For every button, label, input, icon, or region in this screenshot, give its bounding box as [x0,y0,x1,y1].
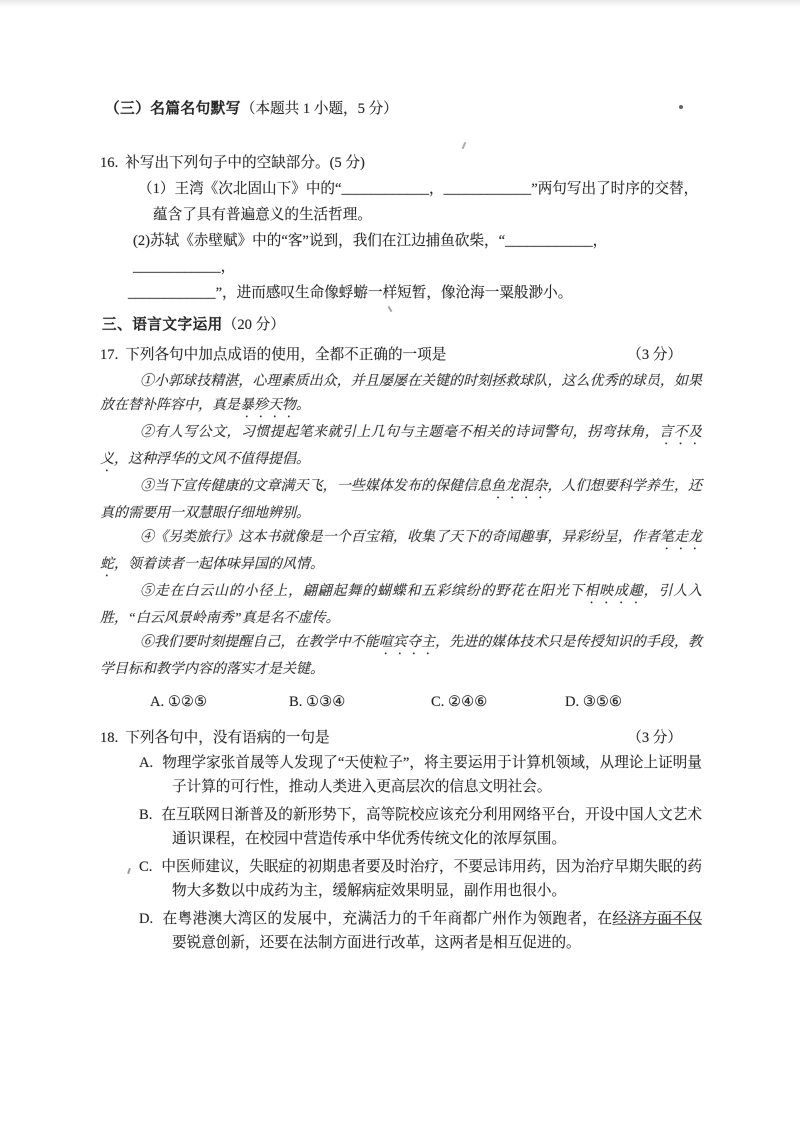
section3-note: （20 分） [223,317,285,333]
q17-sentence-5: ⑤走在白云山的小径上，翩翩起舞的蝴蝶和五彩缤纷的野花在阳光下相映成趣，引人入胜，… [100,580,702,631]
text-segment: ⑥我们要时刻提醒自己，在教学中不能 [140,635,379,650]
section-title: 名篇名句默写 [150,101,241,117]
q16-item2-line2: ____________”，进而感叹生命像蜉蝣一样短暂，像沧海一粟般渺小。 [128,280,702,306]
q18-option-a: A.物理学家张首晟等人发现了“天使粒子”，将主要运用于计算机领域，从理论上证明量… [172,751,702,799]
q18-stem: 下列各句中，没有语病的一句是 [125,730,329,746]
q18-option-a-text: 物理学家张首晟等人发现了“天使粒子”，将主要运用于计算机领域，从理论上证明量子计… [162,755,702,795]
text-segment: ①小郭球技精湛，心理素质出众，并且屡屡在关键的时刻拯救球队，这么优秀的球员，如果… [100,374,702,413]
section3-title: 三、语言文字运用 [102,317,223,333]
q18-number: 18. [100,730,118,746]
text-segment: ③当下宣传健康的文章满天飞，一些媒体发布的保健信息 [140,479,491,494]
q17-sentence-6: ⑥我们要时刻提醒自己，在教学中不能喧宾夺主，先进的媒体技术只是传授知识的手段，教… [100,631,702,682]
q18-option-b-text: 在互联网日渐普及的新形势下，高等院校应该充分利用网络平台，开设中国人文艺术通识课… [161,807,702,847]
q17-score: （3 分） [627,342,702,368]
q18-stem-line: 18.下列各句中，没有语病的一句是 [100,725,330,751]
q18-option-c-label: C. [139,859,152,875]
emphasized-idiom: 鱼龙混杂 [491,479,547,494]
q17-sentences: ①小郭球技精湛，心理素质出众，并且屡屡在关键的时刻拯救球队，这么优秀的球员，如果… [100,370,702,682]
q18-score: （3 分） [627,725,702,751]
q18-option-b: B.在互联网日渐普及的新形势下，高等院校应该充分利用网络平台，开设中国人文艺术通… [172,803,702,851]
q17-sentence-4: ④《另类旅行》这本书就像是一个百宝箱，收集了天下的奇闻趣事，异彩纷呈，作者笔走龙… [100,526,702,580]
language-use-section-header: 三、语言文字运用（20 分） [102,312,702,338]
q17-sentence-3: ③当下宣传健康的文章满天飞，一些媒体发布的保健信息鱼龙混杂，人们想要科学养生，还… [100,475,702,526]
q17-option-a: A. ①②⑤ [150,690,289,714]
q18-option-c: C.中医师建议，失眠症的初期患者要及时治疗，不要忌讳用药，因为治疗早期失眠的药物… [172,855,702,903]
q17-stem: 下列各句中加点成语的使用，全都不正确的一项是 [125,347,446,363]
text-segment: ⑤走在白云山的小径上，翩翩起舞的蝴蝶和五彩缤纷的野花在阳光下 [140,584,584,599]
text-segment: ，这种浮华的文风不值得提倡。 [114,452,310,467]
text-segment: 要锐意创新，还要在法制方面进行改革，这两者是相互促进的。 [172,935,581,951]
q17-sentence-2: ②有人写公文，习惯提起笔来就引上几句与主题毫不相关的诗词警句，拐弯抹角，言不及义… [100,421,702,475]
q17-option-d: D. ③⑤⑥ [565,690,622,714]
text-segment: 在互联网日渐普及的新形势下，高等院校应该充分利用网络平台，开设中国人文艺术通识课… [161,807,702,847]
emphasized-idiom: 相映成趣 [584,584,643,599]
section-number: （三） [105,101,150,117]
q16-stem: 补写出下列句子中的空缺部分。(5 分) [125,155,365,171]
q18-option-d-text: 在粤港澳大湾区的发展中，充满活力的千年商都广州作为领跑者，在经济方面不仅要锐意创… [162,911,702,951]
section-note: （本题共 1 小题，5 分） [241,101,398,117]
q17-number: 17. [100,347,118,363]
q17-options-row: A. ①②⑤B. ①③④C. ②④⑥D. ③⑤⑥ [100,690,702,714]
q17-stem-row: 17.下列各句中加点成语的使用，全都不正确的一项是 （3 分） [100,342,702,368]
emphasized-idiom: 暴殄天物 [240,398,296,413]
q18-stem-row: 18.下列各句中，没有语病的一句是 （3 分） [100,725,702,751]
q18-option-d: D.在粤港澳大湾区的发展中，充满活力的千年商都广州作为领跑者，在经济方面不仅要锐… [172,907,702,955]
scan-edge-shadow [0,0,800,7]
q16-item1-line1: （1）王湾《次北固山下》中的“____________，____________… [138,176,702,202]
q18-option-c-text: 中医师建议，失眠症的初期患者要及时治疗，不要忌讳用药，因为治疗早期失眠的药物大多… [161,859,702,899]
text-segment: ，领着读者一起体味异国的风情。 [114,557,324,572]
q17-option-b: B. ①③④ [289,690,431,714]
q17-sentence-1: ①小郭球技精湛，心理素质出众，并且屡屡在关键的时刻拯救球队，这么优秀的球员，如果… [100,370,702,421]
q16-item2-line1: (2)苏轼《赤壁赋》中的“客”说到，我们在江边捕鱼砍柴，“___________… [133,228,702,280]
q16-item1-line2: 蕴含了具有普遍意义的生活哲理。 [153,202,702,228]
faint-marked-text: 经济方面不仅 [612,911,702,927]
scan-artifact-dot [679,105,683,109]
q17-option-c: C. ②④⑥ [431,690,565,714]
text-segment: ②有人写公文，习惯提起笔来就引上几句与主题毫不相关的诗词警句，拐弯抹角， [140,425,659,440]
text-segment: 中医师建议，失眠症的初期患者要及时治疗，不要忌讳用药，因为治疗早期失眠的药物大多… [161,859,702,899]
emphasized-idiom: 喧宾夺主 [379,635,435,650]
q18-option-d-label: D. [139,911,153,927]
dictation-section-header: （三）名篇名句默写（本题共 1 小题，5 分） [105,96,702,122]
text-segment: ④《另类旅行》这本书就像是一个百宝箱，收集了天下的奇闻趣事，异彩纷呈，作者 [140,530,660,545]
text-segment: 。 [296,398,310,413]
text-segment: 在粤港澳大湾区的发展中，充满活力的千年商都广州作为领跑者，在 [162,911,612,927]
text-segment: 物理学家张首晟等人发现了“天使粒子”，将主要运用于计算机领域，从理论上证明量子计… [162,755,702,795]
page-content: （三）名篇名句默写（本题共 1 小题，5 分） 16.补写出下列句子中的空缺部分… [100,96,702,959]
q18-option-a-label: A. [139,755,153,771]
q16-number: 16. [100,155,118,171]
q18-block: 18.下列各句中，没有语病的一句是 （3 分） A.物理学家张首晟等人发现了“天… [100,725,702,955]
q16-stem-line: 16.补写出下列句子中的空缺部分。(5 分) [100,150,702,176]
q17-stem-line: 17.下列各句中加点成语的使用，全都不正确的一项是 [100,342,446,368]
q18-option-b-label: B. [139,807,152,823]
